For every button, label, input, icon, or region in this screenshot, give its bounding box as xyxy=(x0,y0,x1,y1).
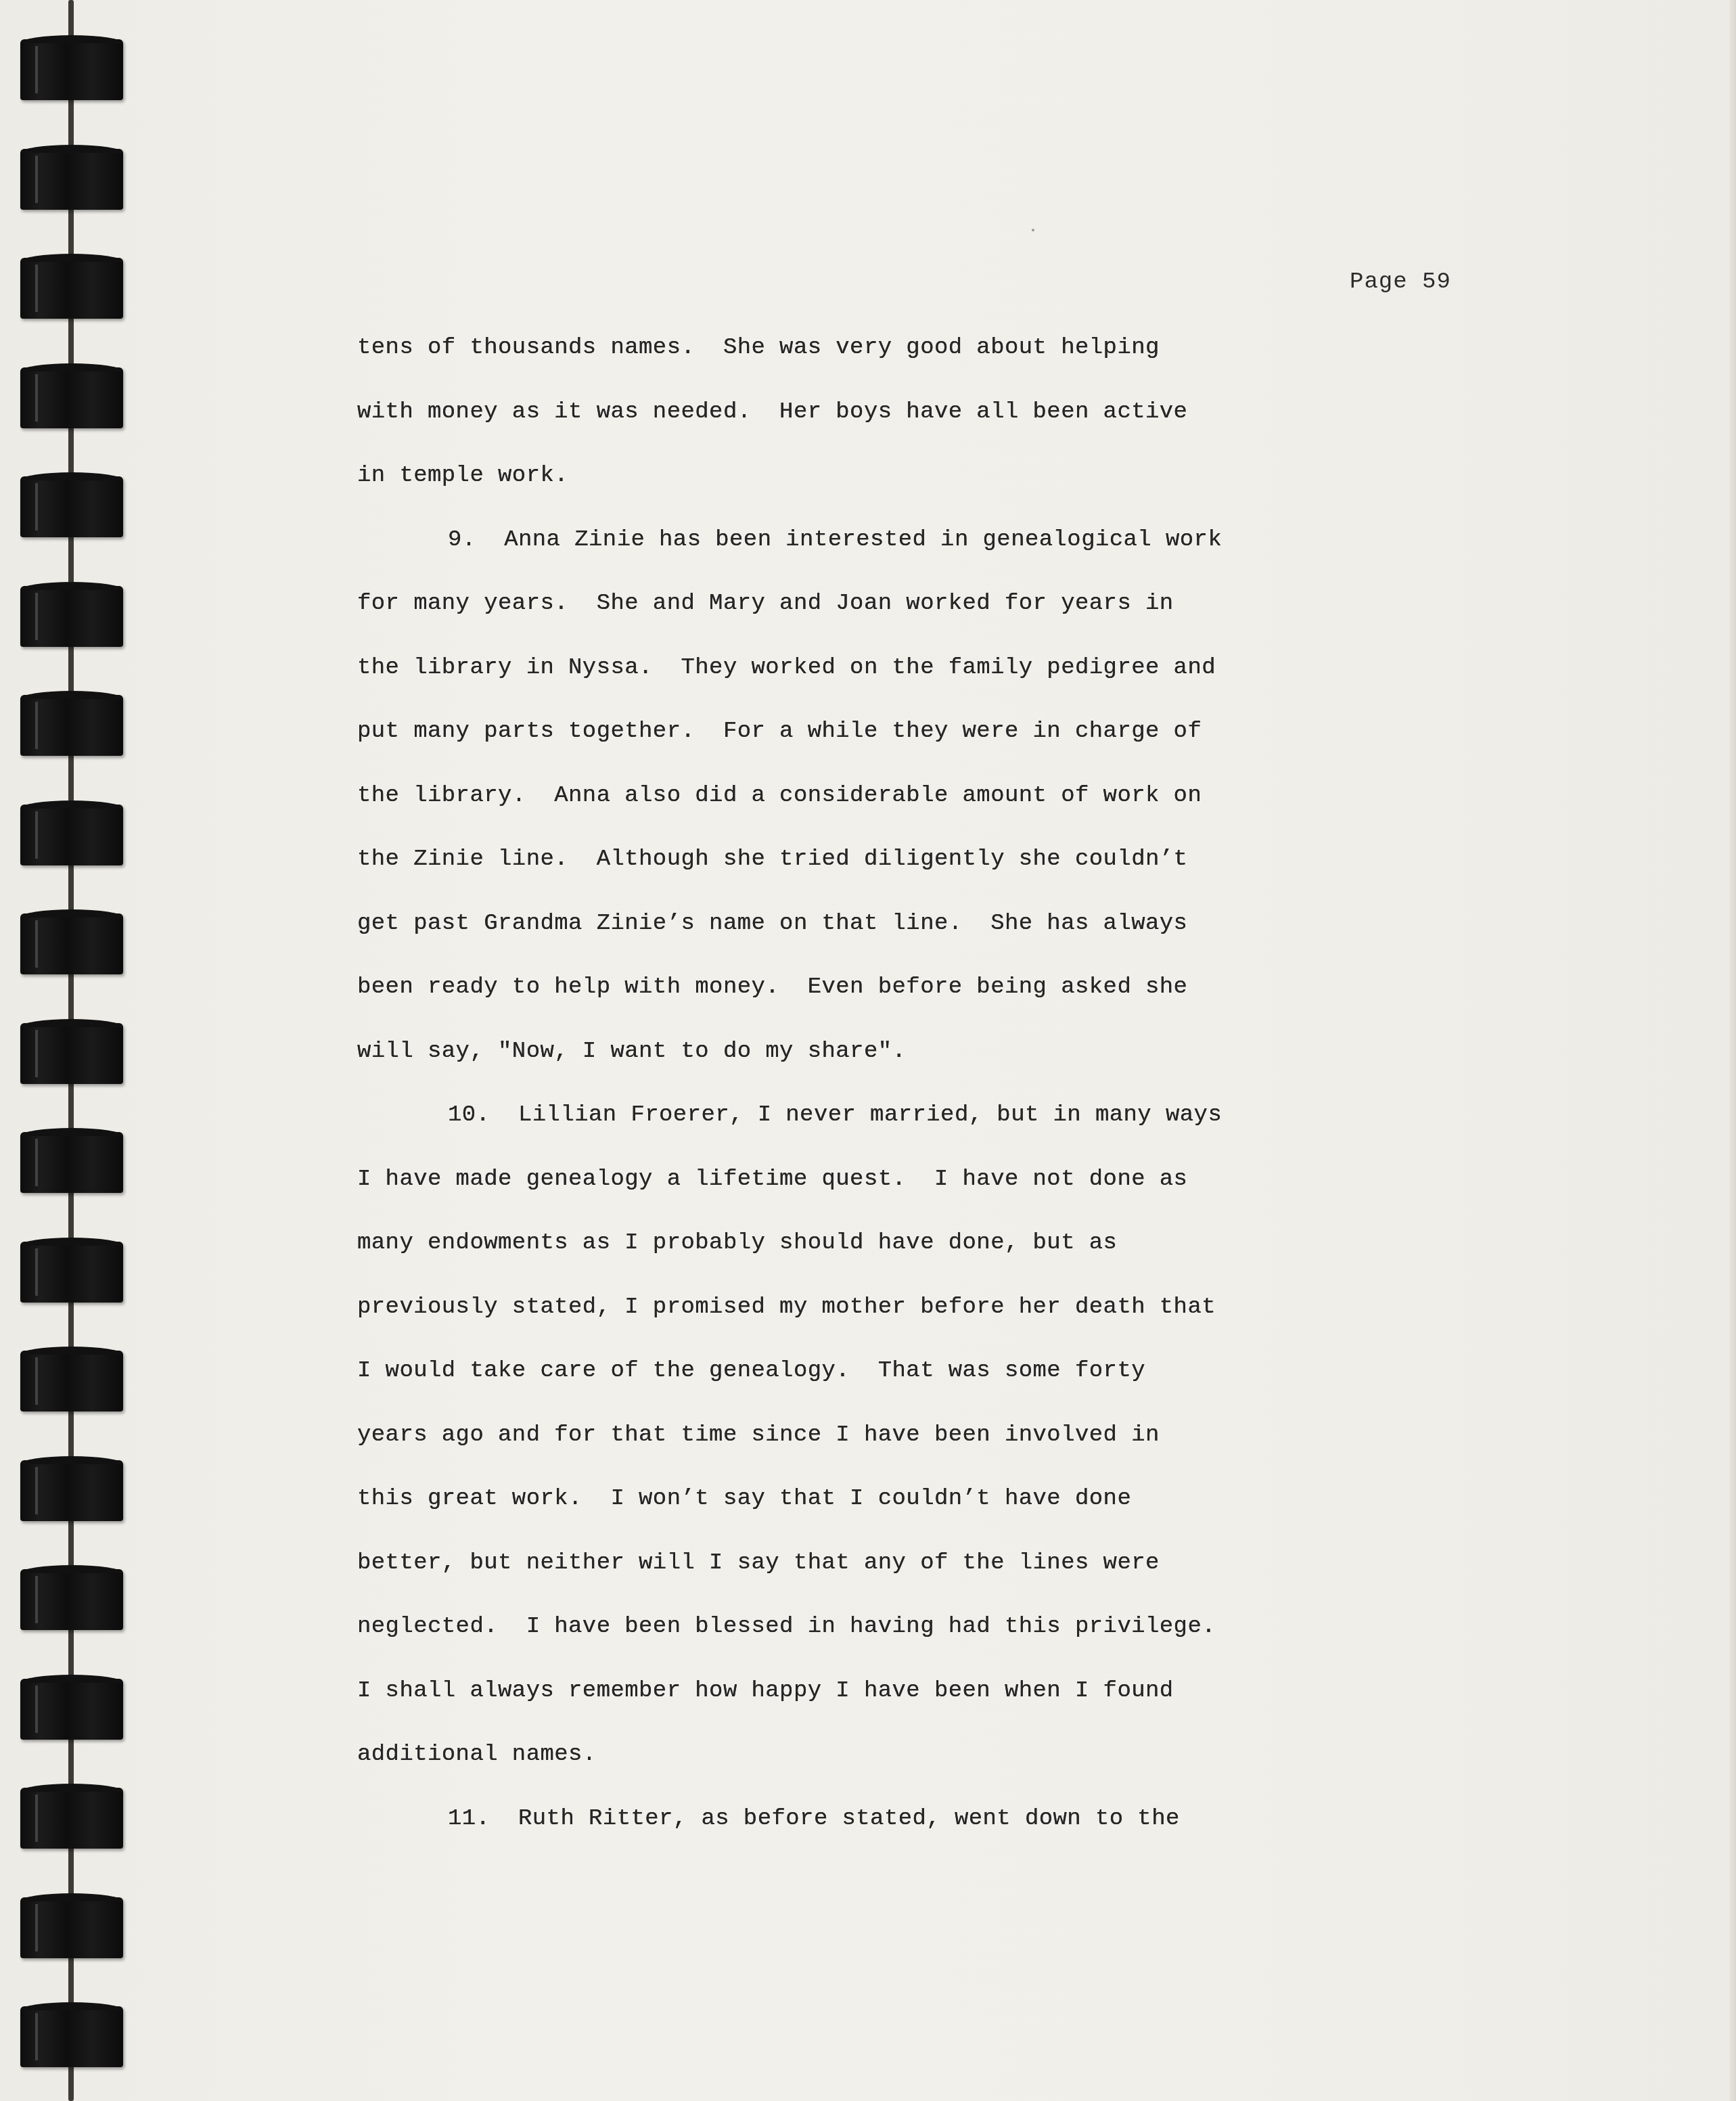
text-line: I have made genealogy a lifetime quest. … xyxy=(357,1160,1575,1225)
text-line: I shall always remember how happy I have… xyxy=(357,1672,1575,1736)
spiral-binding-comb-icon xyxy=(20,1351,123,1411)
spiral-binding-comb-icon xyxy=(20,149,123,210)
text-line: with money as it was needed. Her boys ha… xyxy=(357,393,1575,457)
spiral-binding-comb-icon xyxy=(20,1132,123,1193)
text-line: the library in Nyssa. They worked on the… xyxy=(357,649,1575,713)
spiral-binding-comb-icon xyxy=(20,1897,123,1958)
text-line: 10. Lillian Froerer, I never married, bu… xyxy=(357,1096,1575,1160)
spiral-binding-comb-icon xyxy=(20,1023,123,1084)
spiral-binding-comb-icon xyxy=(20,476,123,537)
text-line: for many years. She and Mary and Joan wo… xyxy=(357,585,1575,649)
spiral-binding-comb-icon xyxy=(20,1460,123,1521)
spiral-binding-comb-icon xyxy=(20,2006,123,2067)
text-line: 11. Ruth Ritter, as before stated, went … xyxy=(357,1800,1575,1864)
spiral-binding-comb-icon xyxy=(20,1679,123,1740)
spiral-binding-comb-icon xyxy=(20,586,123,647)
text-line: get past Grandma Zinie’s name on that li… xyxy=(357,905,1575,969)
body-text: tens of thousands names. She was very go… xyxy=(357,329,1575,1863)
spiral-binding-comb-icon xyxy=(20,258,123,319)
text-line: previously stated, I promised my mother … xyxy=(357,1288,1575,1353)
text-line: will say, "Now, I want to do my share". xyxy=(357,1033,1575,1097)
spiral-binding-comb-icon xyxy=(20,39,123,100)
text-line: neglected. I have been blessed in having… xyxy=(357,1608,1575,1672)
text-line: the Zinie line. Although she tried dilig… xyxy=(357,840,1575,905)
spiral-binding-comb-icon xyxy=(20,1242,123,1303)
spiral-binding-comb-icon xyxy=(20,805,123,865)
text-line: put many parts together. For a while the… xyxy=(357,713,1575,777)
spiral-binding-comb-icon xyxy=(20,367,123,428)
paper-speck xyxy=(1032,229,1034,231)
page-number: Page 59 xyxy=(1350,269,1451,295)
text-line: I would take care of the genealogy. That… xyxy=(357,1352,1575,1416)
spiral-binding-comb-icon xyxy=(20,913,123,974)
page-edge xyxy=(1729,0,1736,2101)
text-line: this great work. I won’t say that I coul… xyxy=(357,1480,1575,1544)
text-line: in temple work. xyxy=(357,457,1575,521)
text-line: additional names. xyxy=(357,1736,1575,1800)
spiral-binding xyxy=(0,0,135,2101)
document-page: Page 59 tens of thousands names. She was… xyxy=(0,0,1736,2101)
text-line: better, but neither will I say that any … xyxy=(357,1544,1575,1608)
text-line: years ago and for that time since I have… xyxy=(357,1416,1575,1481)
text-line: the library. Anna also did a considerabl… xyxy=(357,777,1575,841)
spiral-binding-comb-icon xyxy=(20,695,123,756)
spiral-binding-comb-icon xyxy=(20,1788,123,1849)
text-line: tens of thousands names. She was very go… xyxy=(357,329,1575,393)
text-line: been ready to help with money. Even befo… xyxy=(357,968,1575,1033)
spiral-binding-comb-icon xyxy=(20,1569,123,1630)
text-line: 9. Anna Zinie has been interested in gen… xyxy=(357,521,1575,585)
text-line: many endowments as I probably should hav… xyxy=(357,1224,1575,1288)
